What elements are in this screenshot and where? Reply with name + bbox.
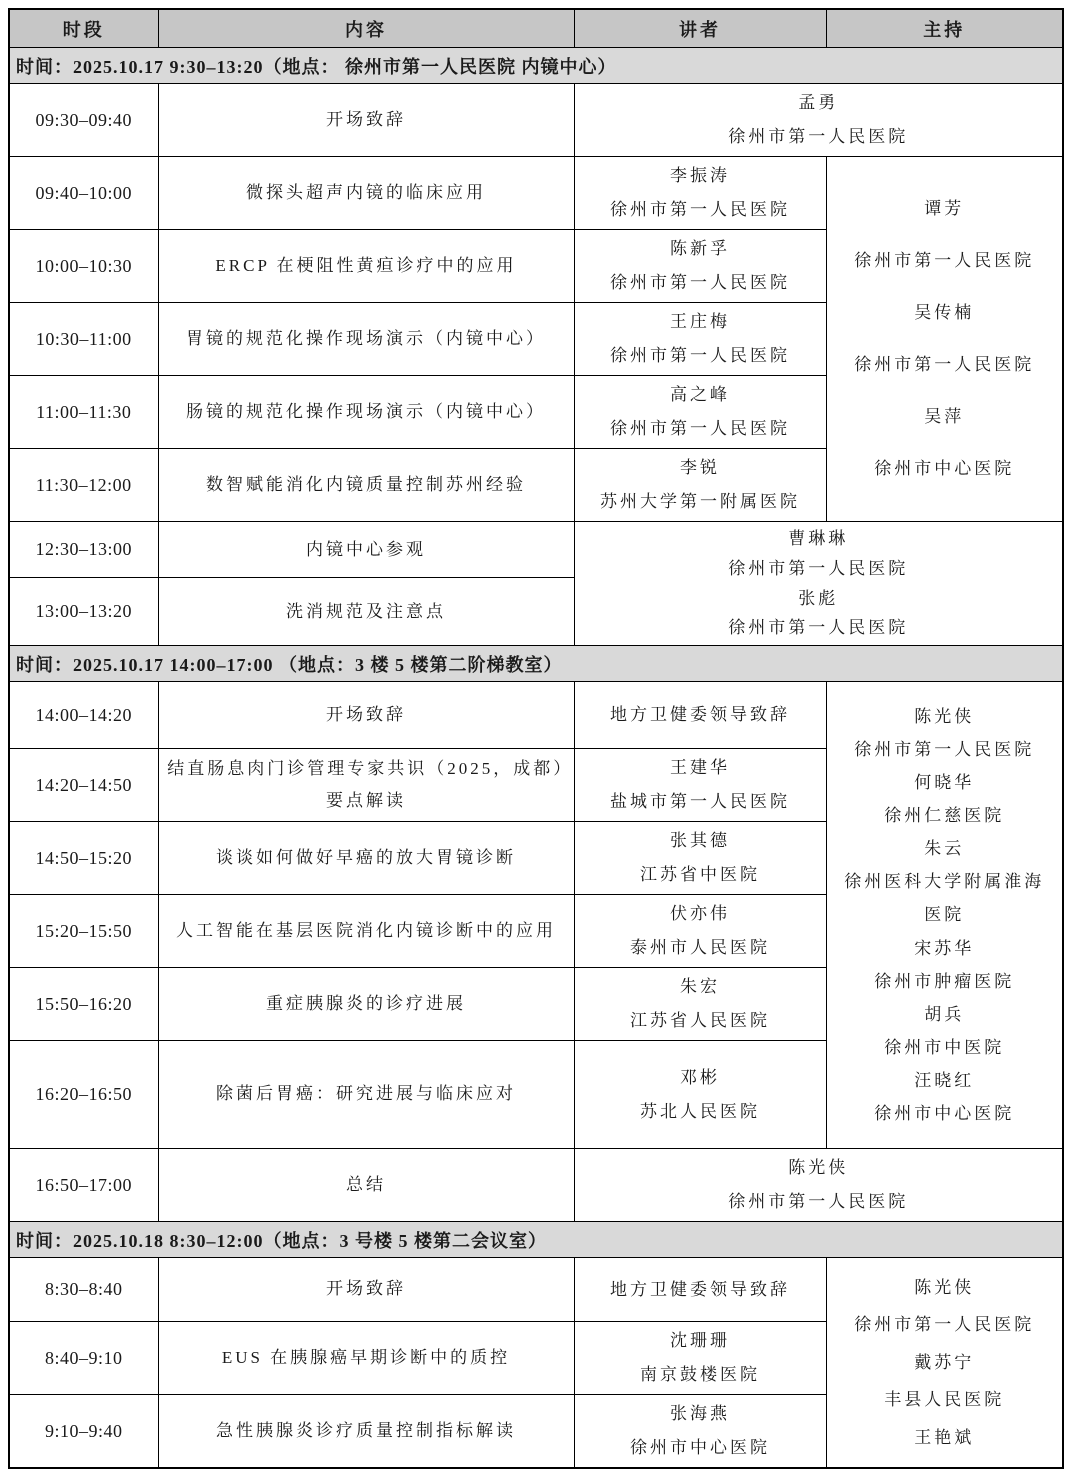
time-cell: 10:00–10:30 [9, 230, 158, 303]
speaker-cell: 王庄梅 徐州市第一人民医院 [574, 303, 826, 376]
time-cell: 9:10–9:40 [9, 1395, 158, 1469]
schedule-row: 09:30–09:40 开场致辞 孟勇 徐州市第一人民医院 [9, 84, 1063, 157]
speaker-cell: 李锐 苏州大学第一附属医院 [574, 449, 826, 522]
time-cell: 09:30–09:40 [9, 84, 158, 157]
col-header-speaker: 讲者 [574, 9, 826, 48]
time-cell: 8:30–8:40 [9, 1258, 158, 1322]
host-cell: 陈光侠 徐州市第一人民医院 戴苏宁 丰县人民医院 王艳斌 [826, 1258, 1063, 1469]
content-cell: 数智赋能消化内镜质量控制苏州经验 [158, 449, 574, 522]
schedule-page: 时段 内容 讲者 主持 时间：2025.10.17 9:30–13:20（地点：… [0, 0, 1070, 1356]
speaker-host-merged-cell: 曹琳琳 徐州市第一人民医院 张彪 徐州市第一人民医院 [574, 522, 1063, 646]
speaker-cell: 李振涛 徐州市第一人民医院 [574, 157, 826, 230]
content-cell: 结直肠息肉门诊管理专家共识（2025，成都）要点解读 [158, 749, 574, 822]
schedule-row: 16:50–17:00 总结 陈光侠 徐州市第一人民医院 [9, 1149, 1063, 1222]
time-cell: 16:50–17:00 [9, 1149, 158, 1222]
col-header-time: 时段 [9, 9, 158, 48]
content-cell: 肠镜的规范化操作现场演示（内镜中心） [158, 376, 574, 449]
content-cell: EUS 在胰腺癌早期诊断中的质控 [158, 1322, 574, 1395]
section-1-header-row: 时间：2025.10.17 9:30–13:20（地点： 徐州市第一人民医院 内… [9, 48, 1063, 84]
host-cell: 谭芳 徐州市第一人民医院 吴传楠 徐州市第一人民医院 吴萍 徐州市中心医院 [826, 157, 1063, 522]
speaker-cell: 王建华 盐城市第一人民医院 [574, 749, 826, 822]
time-cell: 11:30–12:00 [9, 449, 158, 522]
column-header-row: 时段 内容 讲者 主持 [9, 9, 1063, 48]
time-cell: 14:20–14:50 [9, 749, 158, 822]
speaker-cell: 邓彬 苏北人民医院 [574, 1041, 826, 1149]
section-2-title: 时间：2025.10.17 14:00–17:00 （地点：3 楼 5 楼第二阶… [9, 646, 1063, 682]
content-cell: 开场致辞 [158, 1258, 574, 1322]
time-cell: 16:20–16:50 [9, 1041, 158, 1149]
time-cell: 12:30–13:00 [9, 522, 158, 578]
content-cell: 人工智能在基层医院消化内镜诊断中的应用 [158, 895, 574, 968]
content-cell: 重症胰腺炎的诊疗进展 [158, 968, 574, 1041]
section-1-title: 时间：2025.10.17 9:30–13:20（地点： 徐州市第一人民医院 内… [9, 48, 1063, 84]
speaker-cell: 地方卫健委领导致辞 [574, 1258, 826, 1322]
time-cell: 15:50–16:20 [9, 968, 158, 1041]
speaker-cell: 朱宏 江苏省人民医院 [574, 968, 826, 1041]
col-header-content: 内容 [158, 9, 574, 48]
speaker-cell: 陈新孚 徐州市第一人民医院 [574, 230, 826, 303]
time-cell: 15:20–15:50 [9, 895, 158, 968]
speaker-cell: 地方卫健委领导致辞 [574, 682, 826, 749]
section-2-header-row: 时间：2025.10.17 14:00–17:00 （地点：3 楼 5 楼第二阶… [9, 646, 1063, 682]
content-cell: 除菌后胃癌：研究进展与临床应对 [158, 1041, 574, 1149]
speaker-cell: 高之峰 徐州市第一人民医院 [574, 376, 826, 449]
col-header-host: 主持 [826, 9, 1063, 48]
time-cell: 14:00–14:20 [9, 682, 158, 749]
content-cell: 急性胰腺炎诊疗质量控制指标解读 [158, 1395, 574, 1469]
content-cell: 内镜中心参观 [158, 522, 574, 578]
speaker-cell: 沈珊珊 南京鼓楼医院 [574, 1322, 826, 1395]
time-cell: 13:00–13:20 [9, 578, 158, 646]
time-cell: 09:40–10:00 [9, 157, 158, 230]
conference-schedule-table: 时段 内容 讲者 主持 时间：2025.10.17 9:30–13:20（地点：… [8, 8, 1064, 1469]
speaker-cell: 张其德 江苏省中医院 [574, 822, 826, 895]
speaker-cell: 孟勇 徐州市第一人民医院 [574, 84, 1063, 157]
content-cell: 微探头超声内镜的临床应用 [158, 157, 574, 230]
schedule-row: 09:40–10:00 微探头超声内镜的临床应用 李振涛 徐州市第一人民医院 谭… [9, 157, 1063, 230]
content-cell: 开场致辞 [158, 682, 574, 749]
schedule-row: 14:00–14:20 开场致辞 地方卫健委领导致辞 陈光侠 徐州市第一人民医院… [9, 682, 1063, 749]
time-cell: 14:50–15:20 [9, 822, 158, 895]
content-cell: 谈谈如何做好早癌的放大胃镜诊断 [158, 822, 574, 895]
content-cell: 开场致辞 [158, 84, 574, 157]
speaker-cell: 伏亦伟 泰州市人民医院 [574, 895, 826, 968]
speaker-cell: 张海燕 徐州市中心医院 [574, 1395, 826, 1469]
host-cell: 陈光侠 徐州市第一人民医院 何晓华 徐州仁慈医院 朱云 徐州医科大学附属淮海医院… [826, 682, 1063, 1149]
speaker-host-merged-cell: 陈光侠 徐州市第一人民医院 [574, 1149, 1063, 1222]
time-cell: 8:40–9:10 [9, 1322, 158, 1395]
content-cell: ERCP 在梗阻性黄疸诊疗中的应用 [158, 230, 574, 303]
content-cell: 洗消规范及注意点 [158, 578, 574, 646]
schedule-row: 12:30–13:00 内镜中心参观 曹琳琳 徐州市第一人民医院 张彪 徐州市第… [9, 522, 1063, 578]
time-cell: 11:00–11:30 [9, 376, 158, 449]
schedule-row: 8:30–8:40 开场致辞 地方卫健委领导致辞 陈光侠 徐州市第一人民医院 戴… [9, 1258, 1063, 1322]
section-3-header-row: 时间：2025.10.18 8:30–12:00（地点：3 号楼 5 楼第二会议… [9, 1222, 1063, 1258]
time-cell: 10:30–11:00 [9, 303, 158, 376]
content-cell: 胃镜的规范化操作现场演示（内镜中心） [158, 303, 574, 376]
section-3-title: 时间：2025.10.18 8:30–12:00（地点：3 号楼 5 楼第二会议… [9, 1222, 1063, 1258]
content-cell: 总结 [158, 1149, 574, 1222]
